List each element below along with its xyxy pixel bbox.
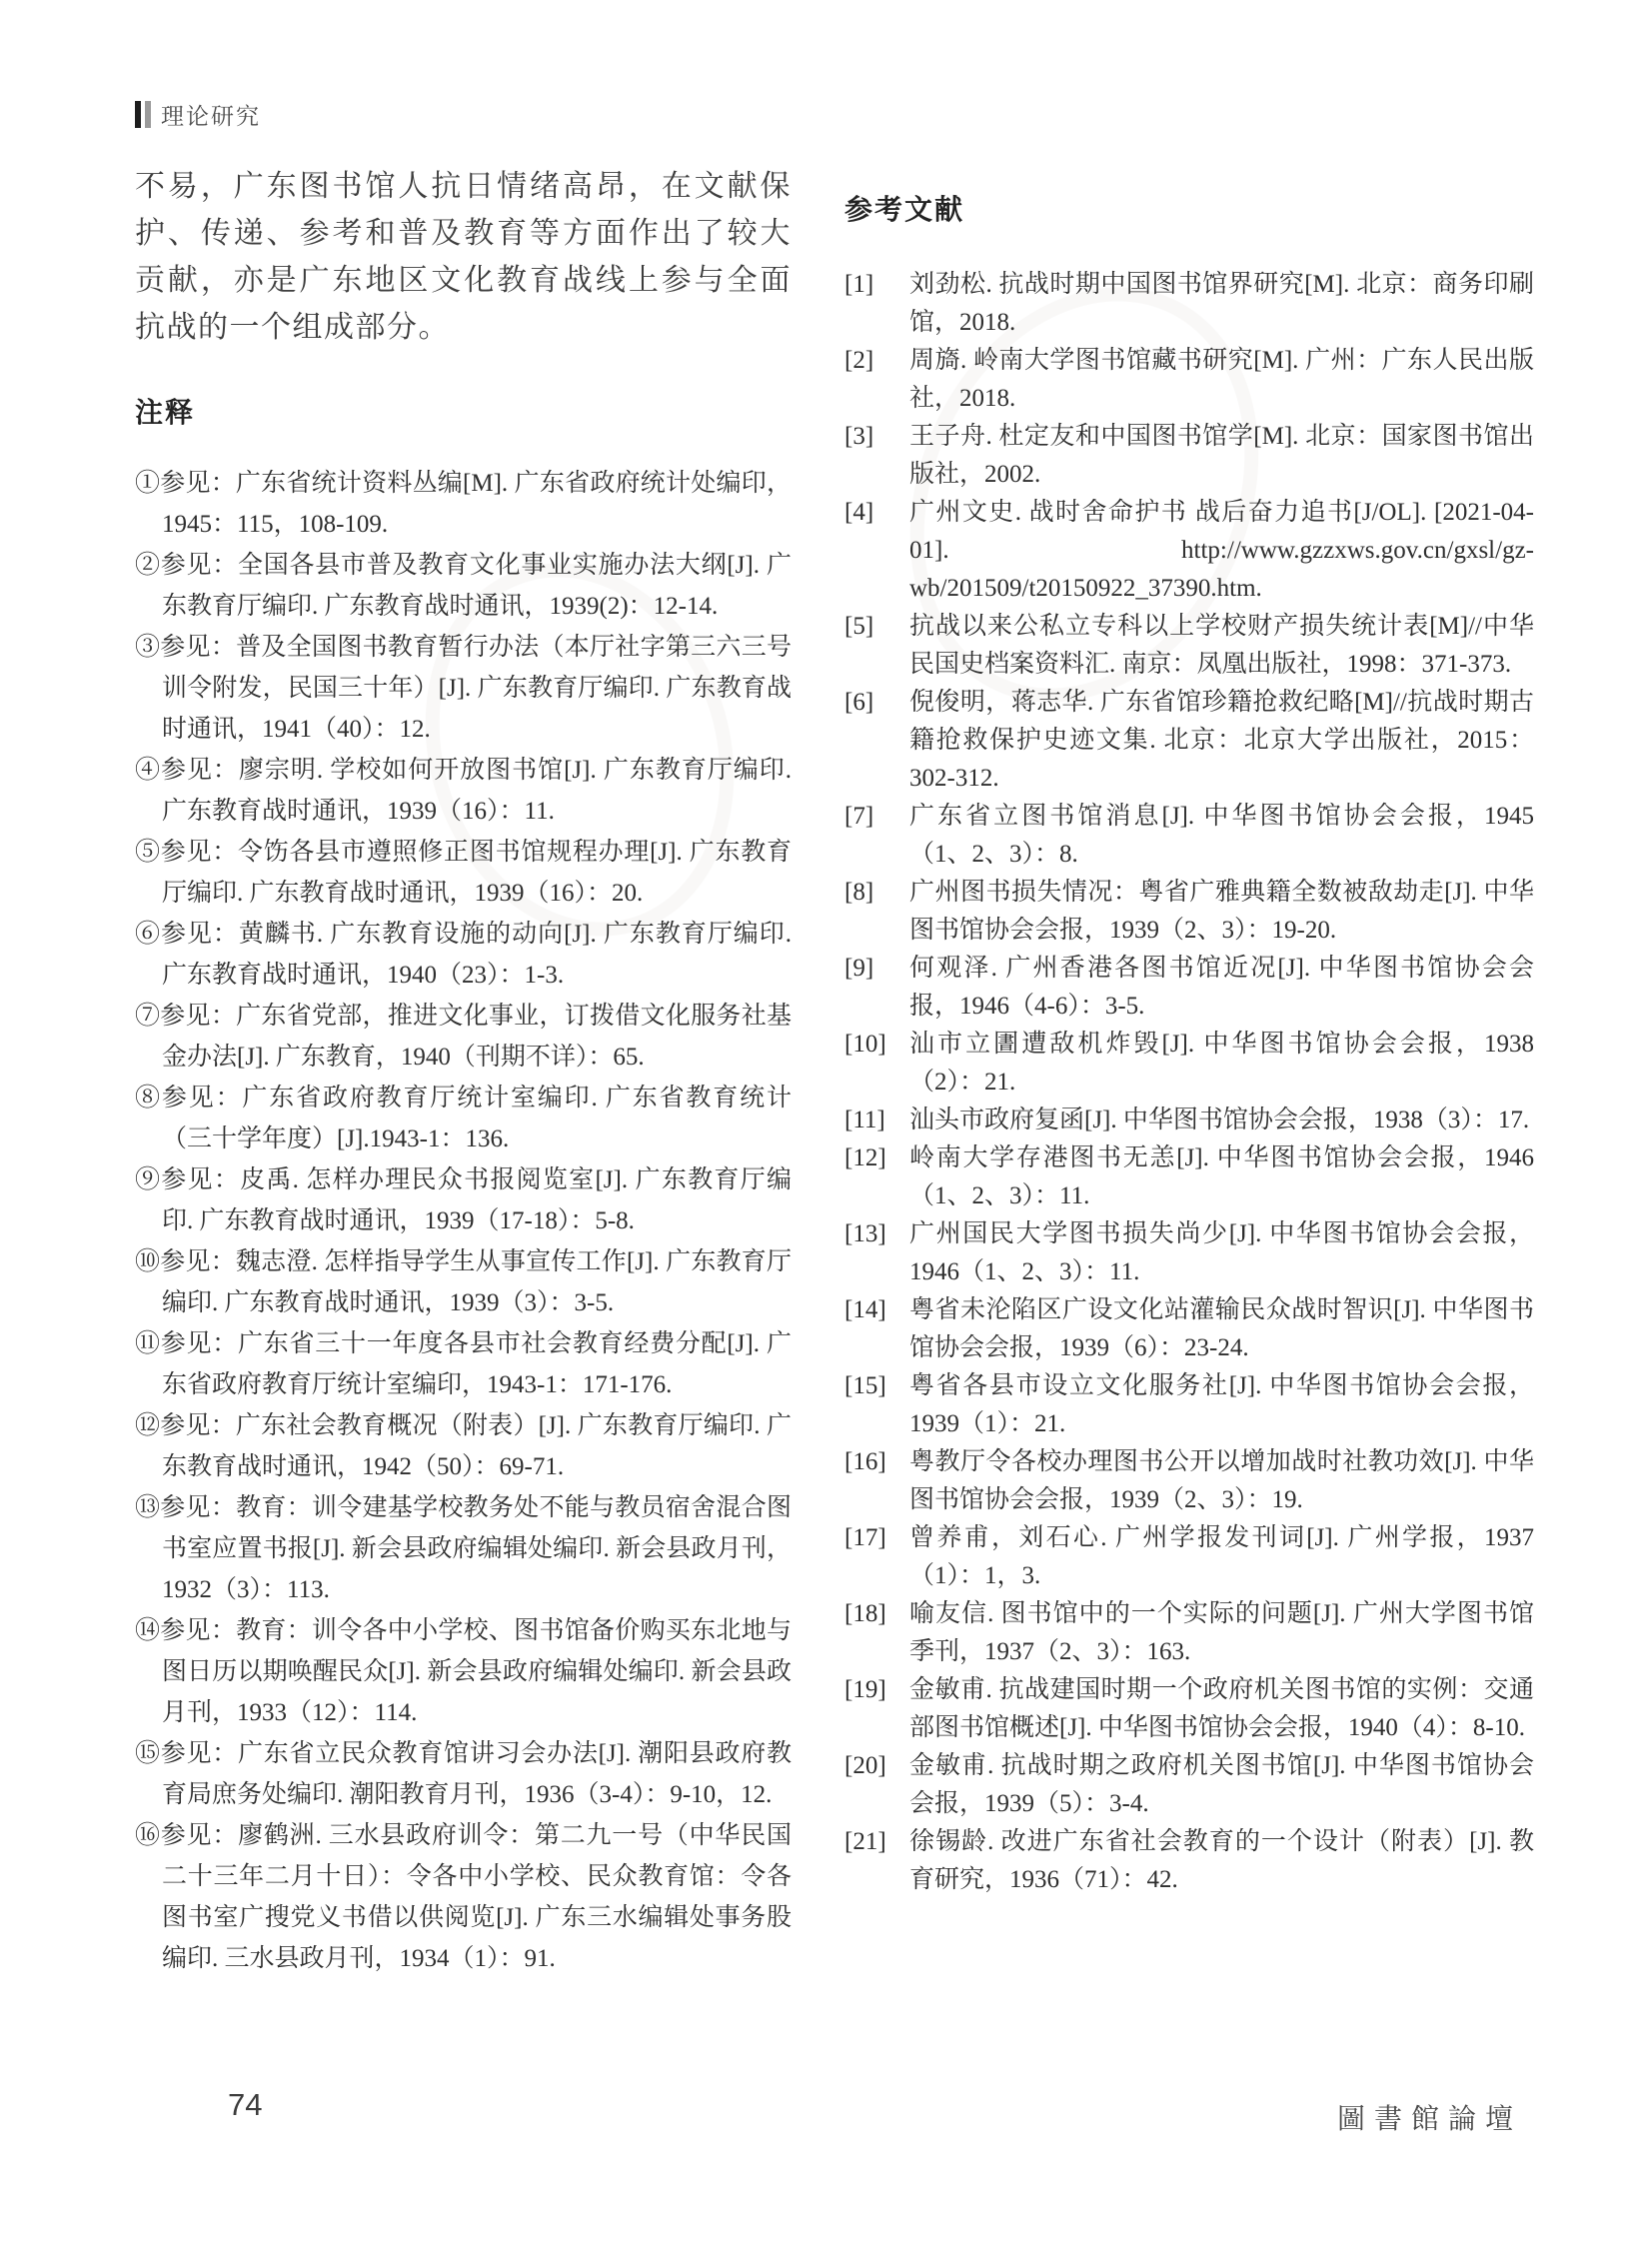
note-marker: ④ [135,757,161,784]
note-text: 参见：黄麟书. 广东教育设施的动向[J]. 广东教育厅编印. 广东教育战时通讯，… [161,921,792,989]
page-number: 74 [228,2087,262,2123]
reference-marker: [10] [844,1026,886,1064]
reference-item: [14]粤省未沦陷区广设文化站灌输民众战时智识[J]. 中华图书馆协会会报，19… [844,1291,1534,1367]
note-item: ③参见：普及全国图书教育暂行办法（本厅社字第三六三号训令附发，民国三十年）[J]… [135,627,792,750]
reference-text: 刘劲松. 抗战时期中国图书馆界研究[M]. 北京：商务印刷馆，2018. [909,271,1534,336]
reference-item: [1]刘劲松. 抗战时期中国图书馆界研究[M]. 北京：商务印刷馆，2018. [844,266,1534,342]
reference-text: 何观泽. 广州香港各图书馆近况[J]. 中华图书馆协会会报，1946（4-6）：… [909,955,1534,1020]
note-text: 参见：广东省统计资料丛编[M]. 广东省政府统计处编印，1945：115，108… [160,470,792,538]
note-item: ⑬参见：教育：训令建基学校教务处不能与教员宿舍混合图书室应置书报[J]. 新会县… [135,1487,792,1610]
note-marker: ③ [135,634,160,661]
note-marker: ② [135,552,161,579]
section-bar-icon [145,101,151,128]
reference-item: [5]抗战以来公私立专科以上学校财产损失统计表[M]//中华民国史档案资料汇. … [844,608,1534,684]
reference-marker: [20] [844,1747,886,1785]
note-item: ⑮参见：广东省立民众教育馆讲习会办法[J]. 潮阳县政府教育局庶务处编印. 潮阳… [135,1733,792,1815]
reference-marker: [4] [844,494,873,532]
reference-item: [11]汕头市政府复函[J]. 中华图书馆协会会报，1938（3）：17. [844,1102,1534,1139]
references-heading: 参考文献 [844,188,1534,228]
journal-page: 理论研究 不易，广东图书馆人抗日情绪高昂，在文献保护、传递、参考和普及教育等方面… [0,0,1652,2241]
reference-item: [8]广州图书损失情况：粤省广雅典籍全数被敌劫走[J]. 中华图书馆协会会报，1… [844,874,1534,950]
reference-text: 金敏甫. 抗战时期之政府机关图书馆[J]. 中华图书馆协会会报，1939（5）：… [909,1752,1534,1817]
intro-paragraph: 不易，广东图书馆人抗日情绪高昂，在文献保护、传递、参考和普及教育等方面作出了较大… [135,163,792,351]
reference-marker: [7] [844,798,873,836]
note-item: ⑯参见：廖鹤洲. 三水县政府训令：第二九一号（中华民国二十三年二月十日）：令各中… [135,1815,792,1979]
note-marker: ⑤ [135,839,161,866]
note-text: 参见：皮禹. 怎样办理民众书报阅览室[J]. 广东教育厅编印. 广东教育战时通讯… [161,1166,792,1234]
note-text: 参见：魏志澄. 怎样指导学生从事宣传工作[J]. 广东教育厅编印. 广东教育战时… [160,1248,792,1316]
reference-text: 金敏甫. 抗战建国时期一个政府机关图书馆的实例：交通部图书馆概述[J]. 中华图… [909,1676,1534,1741]
notes-heading: 注释 [135,391,792,431]
reference-marker: [12] [844,1139,886,1177]
reference-text: 粤省未沦陷区广设文化站灌输民众战时智识[J]. 中华图书馆协会会报，1939（6… [909,1296,1534,1361]
section-bar-icon [135,101,141,128]
note-marker: ⑭ [135,1617,160,1644]
note-item: ⑨参见：皮禹. 怎样办理民众书报阅览室[J]. 广东教育厅编印. 广东教育战时通… [135,1159,792,1241]
references-list: [1]刘劲松. 抗战时期中国图书馆界研究[M]. 北京：商务印刷馆，2018. … [844,266,1534,1899]
note-marker: ⑦ [135,1003,160,1030]
reference-text: 倪俊明，蒋志华. 广东省馆珍籍抢救纪略[M]//抗战时期古籍抢救保护史迹文集. … [909,689,1534,792]
reference-item: [2]周旖. 岭南大学图书馆藏书研究[M]. 广州：广东人民出版社，2018. [844,342,1534,418]
reference-text: 广州文史. 战时舍命护书 战后奋力追书[J/OL]. [2021-04-01].… [909,499,1534,602]
note-marker: ⑫ [135,1412,160,1439]
reference-item: [13]广州国民大学图书损失尚少[J]. 中华图书馆协会会报，1946（1、2、… [844,1215,1534,1291]
reference-text: 粤省各县市设立文化服务社[J]. 中华图书馆协会会报，1939（1）：21. [909,1372,1534,1437]
reference-item: [3]王子舟. 杜定友和中国图书馆学[M]. 北京：国家图书馆出版社，2002. [844,418,1534,494]
reference-item: [4]广州文史. 战时舍命护书 战后奋力追书[J/OL]. [2021-04-0… [844,494,1534,608]
reference-marker: [16] [844,1443,886,1481]
note-marker: ⑮ [135,1740,161,1767]
note-marker: ⑯ [135,1822,161,1849]
reference-marker: [6] [844,684,873,722]
reference-marker: [17] [844,1519,886,1557]
reference-text: 王子舟. 杜定友和中国图书馆学[M]. 北京：国家图书馆出版社，2002. [909,423,1534,488]
reference-text: 曾养甫，刘石心. 广州学报发刊词[J]. 广州学报，1937（1）：1，3. [909,1524,1534,1589]
reference-marker: [18] [844,1595,886,1633]
journal-name-logo: 圖書館論壇 [1337,2097,1522,2137]
note-item: ⑤参见：令饬各县市遵照修正图书馆规程办理[J]. 广东教育厅编印. 广东教育战时… [135,832,792,914]
reference-item: [19]金敏甫. 抗战建国时期一个政府机关图书馆的实例：交通部图书馆概述[J].… [844,1671,1534,1747]
reference-marker: [2] [844,342,873,380]
note-text: 参见：廖宗明. 学校如何开放图书馆[J]. 广东教育厅编印. 广东教育战时通讯，… [161,757,792,825]
reference-marker: [9] [844,950,873,988]
note-text: 参见：教育：训令建基学校教务处不能与教员宿舍混合图书室应置书报[J]. 新会县政… [160,1494,792,1603]
note-item: ⑩参见：魏志澄. 怎样指导学生从事宣传工作[J]. 广东教育厅编印. 广东教育战… [135,1241,792,1323]
note-text: 参见：全国各县市普及教育文化事业实施办法大纲[J]. 广东教育厅编印. 广东教育… [161,552,792,620]
reference-text: 广东省立图书馆消息[J]. 中华图书馆协会会报，1945（1、2、3）：8. [909,803,1534,868]
note-text: 参见：廖鹤洲. 三水县政府训令：第二九一号（中华民国二十三年二月十日）：令各中小… [161,1822,792,1972]
reference-text: 汕市立圕遭敌机炸毁[J]. 中华图书馆协会会报，1938（2）：21. [909,1031,1534,1096]
reference-item: [16]粤教厅令各校办理图书公开以增加战时社教功效[J]. 中华图书馆协会会报，… [844,1443,1534,1519]
reference-marker: [19] [844,1671,886,1709]
reference-item: [10]汕市立圕遭敌机炸毁[J]. 中华图书馆协会会报，1938（2）：21. [844,1026,1534,1102]
note-text: 参见：广东省立民众教育馆讲习会办法[J]. 潮阳县政府教育局庶务处编印. 潮阳教… [161,1740,792,1808]
reference-marker: [1] [844,266,873,304]
reference-marker: [5] [844,608,873,646]
section-label: 理论研究 [161,98,261,131]
reference-marker: [21] [844,1823,886,1861]
reference-marker: [14] [844,1291,886,1329]
reference-text: 粤教厅令各校办理图书公开以增加战时社教功效[J]. 中华图书馆协会会报，1939… [909,1448,1534,1513]
note-marker: ⑬ [135,1494,160,1521]
note-text: 参见：广东省政府教育厅统计室编印. 广东省教育统计（三十学年度）[J].1943… [162,1085,792,1152]
reference-text: 汕头市政府复函[J]. 中华图书馆协会会报，1938（3）：17. [909,1107,1529,1133]
reference-item: [18]喻友信. 图书馆中的一个实际的问题[J]. 广州大学图书馆季刊，1937… [844,1595,1534,1671]
reference-marker: [11] [844,1102,885,1139]
note-item: ⑧参见：广东省政府教育厅统计室编印. 广东省教育统计（三十学年度）[J].194… [135,1078,792,1159]
note-item: ②参见：全国各县市普及教育文化事业实施办法大纲[J]. 广东教育厅编印. 广东教… [135,545,792,627]
reference-item: [12]岭南大学存港图书无恙[J]. 中华图书馆协会会报，1946（1、2、3）… [844,1139,1534,1215]
reference-item: [7]广东省立图书馆消息[J]. 中华图书馆协会会报，1945（1、2、3）：8… [844,798,1534,874]
reference-item: [15]粤省各县市设立文化服务社[J]. 中华图书馆协会会报，1939（1）：2… [844,1367,1534,1443]
note-marker: ⑨ [135,1166,161,1193]
reference-marker: [3] [844,418,873,456]
reference-text: 喻友信. 图书馆中的一个实际的问题[J]. 广州大学图书馆季刊，1937（2、3… [909,1600,1534,1665]
note-text: 参见：广东社会教育概况（附表）[J]. 广东教育厅编印. 广东教育战时通讯，19… [160,1412,792,1480]
note-item: ⑪参见：广东省三十一年度各县市社会教育经费分配[J]. 广东省政府教育厅统计室编… [135,1323,792,1405]
reference-item: [20]金敏甫. 抗战时期之政府机关图书馆[J]. 中华图书馆协会会报，1939… [844,1747,1534,1823]
reference-marker: [8] [844,874,873,912]
note-text: 参见：普及全国图书教育暂行办法（本厅社字第三六三号训令附发，民国三十年）[J].… [160,634,792,743]
right-column: 参考文献 [1]刘劲松. 抗战时期中国图书馆界研究[M]. 北京：商务印刷馆，2… [844,188,1534,1899]
reference-text: 周旖. 岭南大学图书馆藏书研究[M]. 广州：广东人民出版社，2018. [909,347,1534,412]
reference-item: [17]曾养甫，刘石心. 广州学报发刊词[J]. 广州学报，1937（1）：1，… [844,1519,1534,1595]
note-text: 参见：广东省三十一年度各县市社会教育经费分配[J]. 广东省政府教育厅统计室编印… [161,1330,792,1398]
note-item: ⑭参见：教育：训令各中小学校、图书馆备价购买东北地与图日历以期唤醒民众[J]. … [135,1610,792,1733]
reference-text: 岭南大学存港图书无恙[J]. 中华图书馆协会会报，1946（1、2、3）：11. [909,1144,1534,1209]
reference-text: 抗战以来公私立专科以上学校财产损失统计表[M]//中华民国史档案资料汇. 南京：… [909,613,1534,678]
reference-text: 广州国民大学图书损失尚少[J]. 中华图书馆协会会报，1946（1、2、3）：1… [909,1220,1534,1285]
note-text: 参见：教育：训令各中小学校、图书馆备价购买东北地与图日历以期唤醒民众[J]. 新… [160,1617,792,1726]
note-item: ⑥参见：黄麟书. 广东教育设施的动向[J]. 广东教育厅编印. 广东教育战时通讯… [135,914,792,996]
reference-item: [6]倪俊明，蒋志华. 广东省馆珍籍抢救纪略[M]//抗战时期古籍抢救保护史迹文… [844,684,1534,798]
note-item: ④参见：廖宗明. 学校如何开放图书馆[J]. 广东教育厅编印. 广东教育战时通讯… [135,750,792,832]
reference-marker: [13] [844,1215,886,1253]
note-item: ⑫参见：广东社会教育概况（附表）[J]. 广东教育厅编印. 广东教育战时通讯，1… [135,1405,792,1487]
reference-text: 徐锡龄. 改进广东省社会教育的一个设计（附表）[J]. 教育研究，1936（71… [909,1828,1534,1893]
note-item: ①参见：广东省统计资料丛编[M]. 广东省政府统计处编印，1945：115，10… [135,463,792,545]
reference-text: 广州图书损失情况：粤省广雅典籍全数被敌劫走[J]. 中华图书馆协会会报，1939… [909,879,1534,944]
reference-marker: [15] [844,1367,886,1405]
section-tag: 理论研究 [135,98,261,131]
reference-item: [21]徐锡龄. 改进广东省社会教育的一个设计（附表）[J]. 教育研究，193… [844,1823,1534,1899]
note-text: 参见：广东省党部，推进文化事业，订拨借文化服务社基金办法[J]. 广东教育，19… [160,1003,792,1071]
note-text: 参见：令饬各县市遵照修正图书馆规程办理[J]. 广东教育厅编印. 广东教育战时通… [161,839,792,907]
note-marker: ⑧ [135,1085,162,1112]
left-column: 不易，广东图书馆人抗日情绪高昂，在文献保护、传递、参考和普及教育等方面作出了较大… [135,163,792,1979]
note-marker: ⑥ [135,921,161,948]
note-marker: ⑪ [135,1330,161,1357]
reference-item: [9]何观泽. 广州香港各图书馆近况[J]. 中华图书馆协会会报，1946（4-… [844,950,1534,1026]
note-item: ⑦参见：广东省党部，推进文化事业，订拨借文化服务社基金办法[J]. 广东教育，1… [135,996,792,1078]
note-marker: ⑩ [135,1248,160,1275]
note-marker: ① [135,470,160,497]
notes-list: ①参见：广东省统计资料丛编[M]. 广东省政府统计处编印，1945：115，10… [135,463,792,1979]
